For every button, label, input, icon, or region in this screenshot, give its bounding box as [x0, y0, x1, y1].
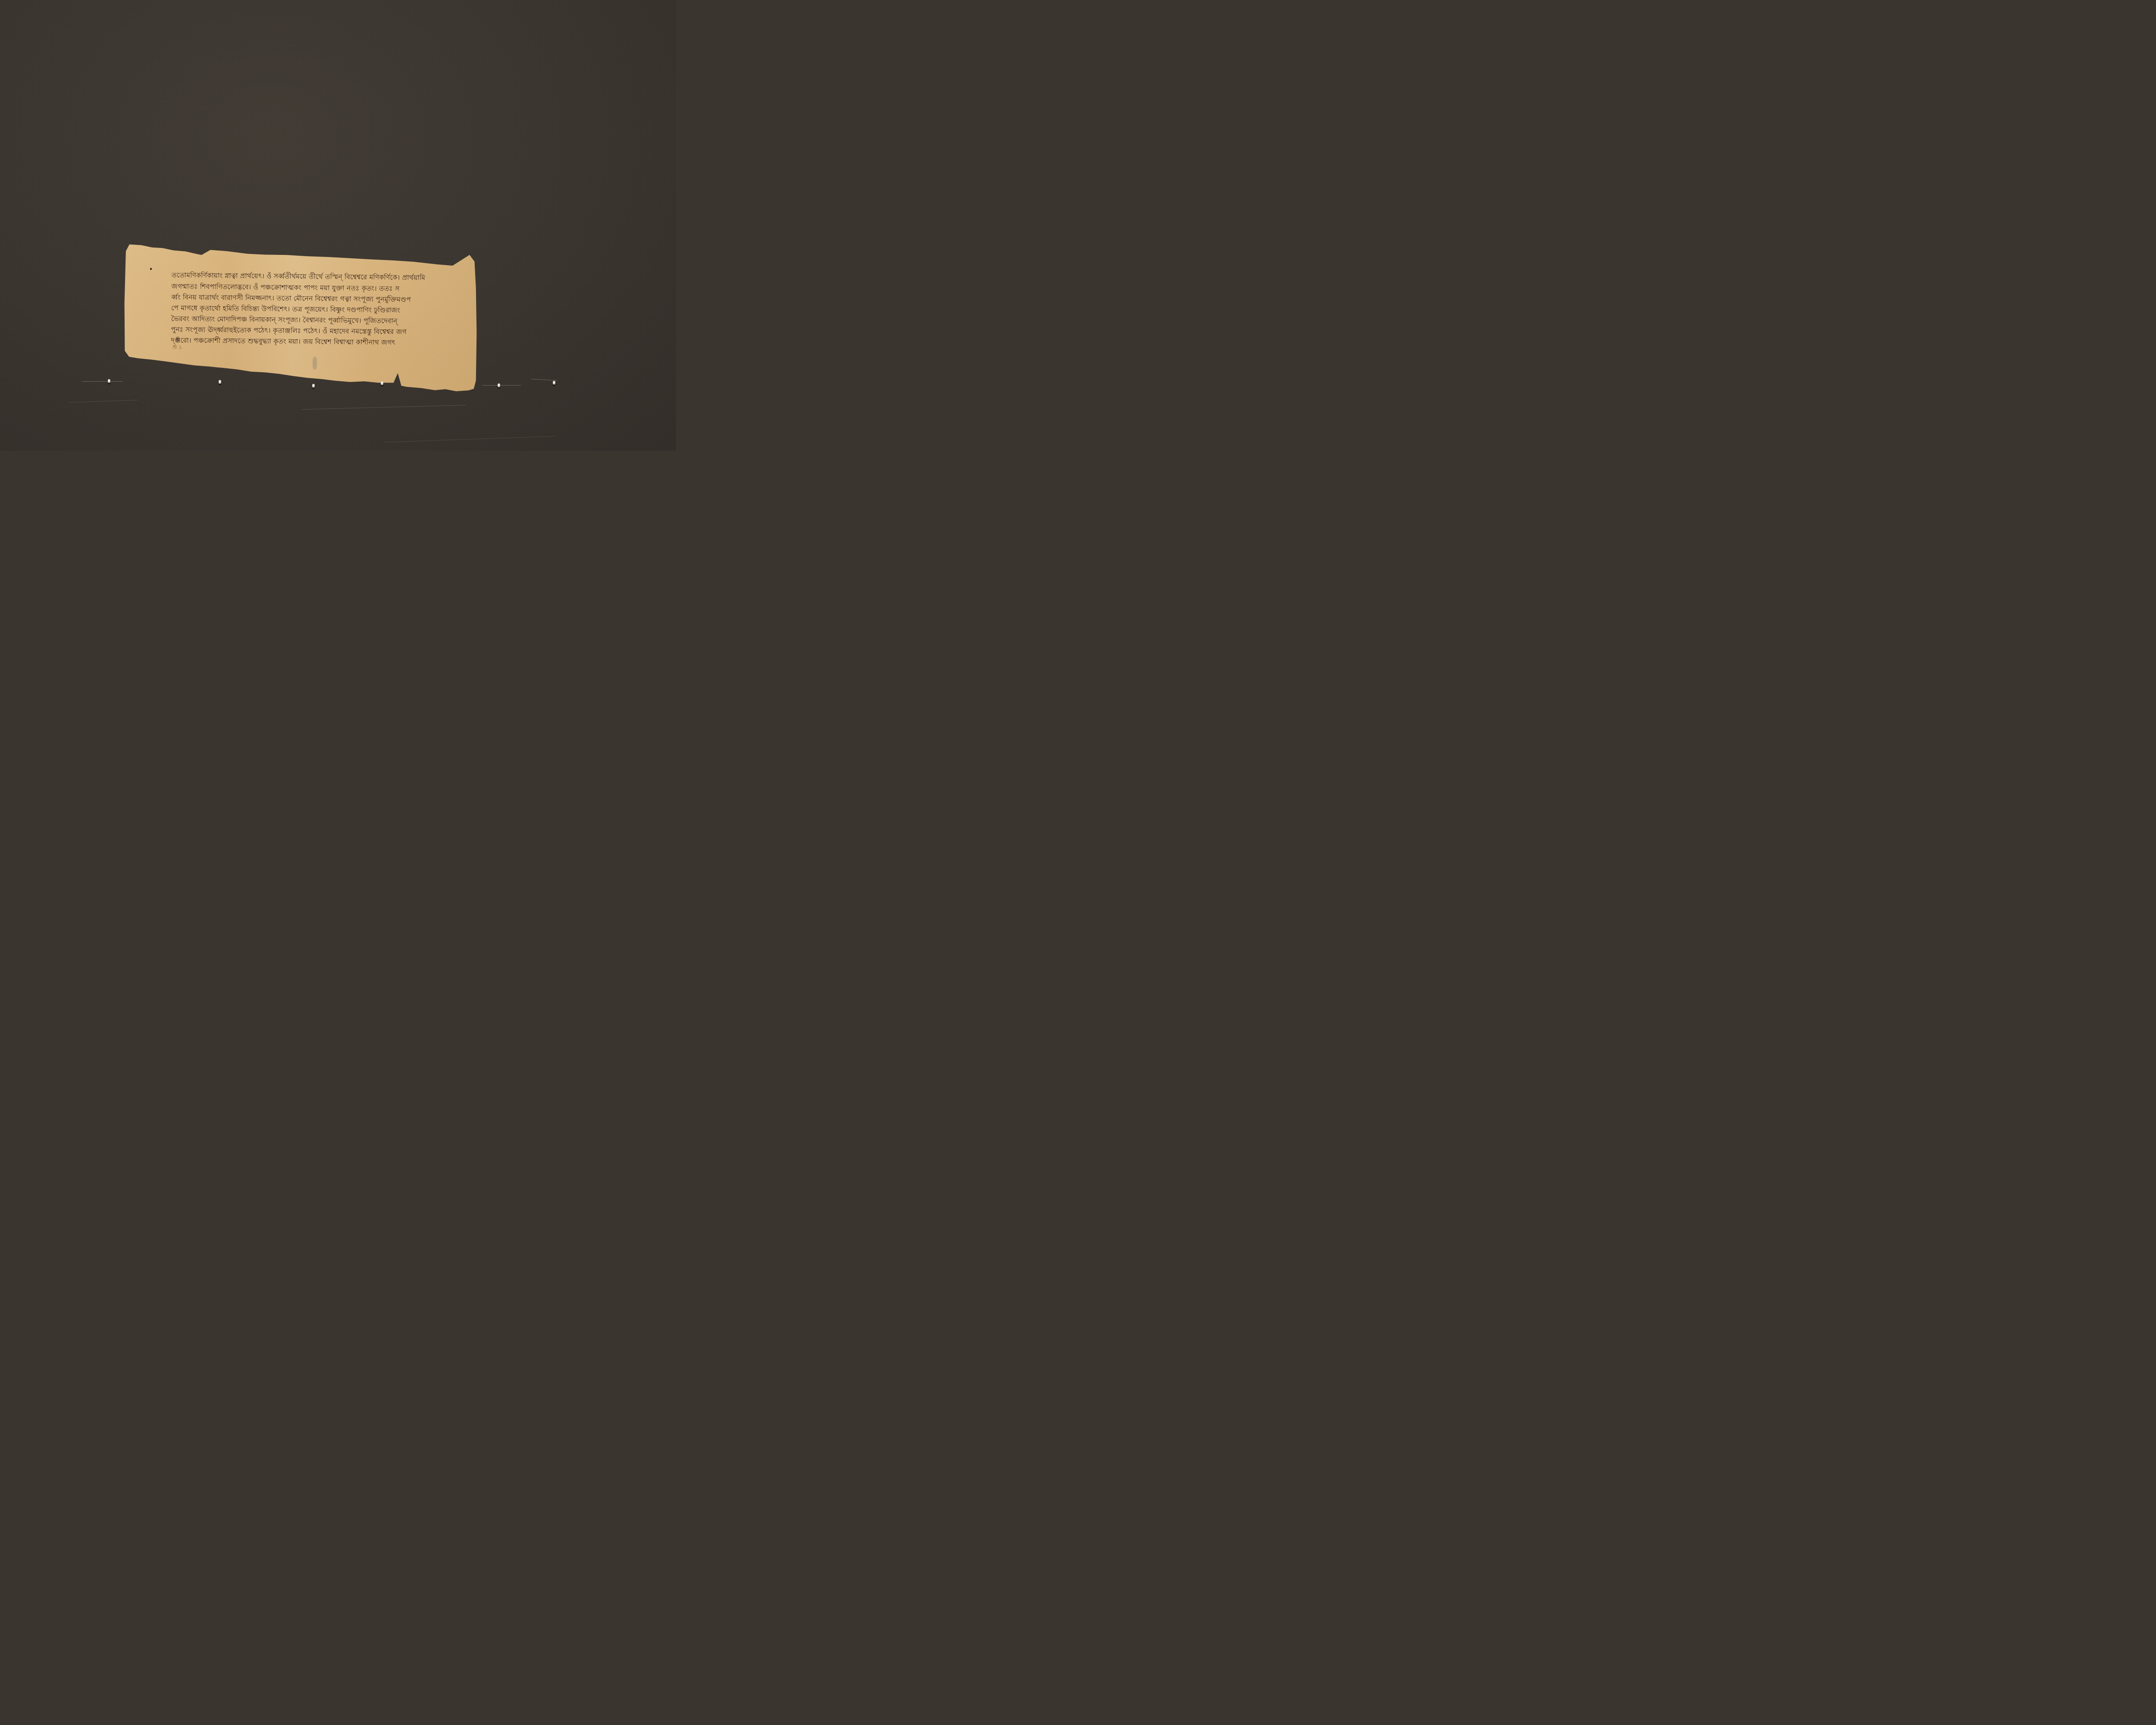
- display-board: ততোমণিকর্ণিকায়াং স্নাত্বা প্রার্থয়েৎ। …: [0, 0, 676, 451]
- mounting-thread: [82, 381, 123, 382]
- wormhole: [150, 268, 152, 270]
- marginal-note: শু ১: [172, 344, 182, 352]
- pin-icon: [553, 381, 555, 385]
- mounting-thread: [482, 385, 521, 386]
- wormhole: [451, 261, 452, 263]
- pin-icon: [498, 383, 500, 387]
- mounting-thread: [69, 400, 138, 403]
- pin-icon: [108, 379, 110, 383]
- mounting-thread: [384, 436, 556, 442]
- pin-icon: [312, 384, 315, 388]
- mounting-thread: [531, 379, 557, 380]
- ink-smudge: [313, 357, 317, 370]
- pin-icon: [219, 380, 221, 384]
- pin-icon: [381, 381, 383, 385]
- mounting-thread: [302, 405, 466, 410]
